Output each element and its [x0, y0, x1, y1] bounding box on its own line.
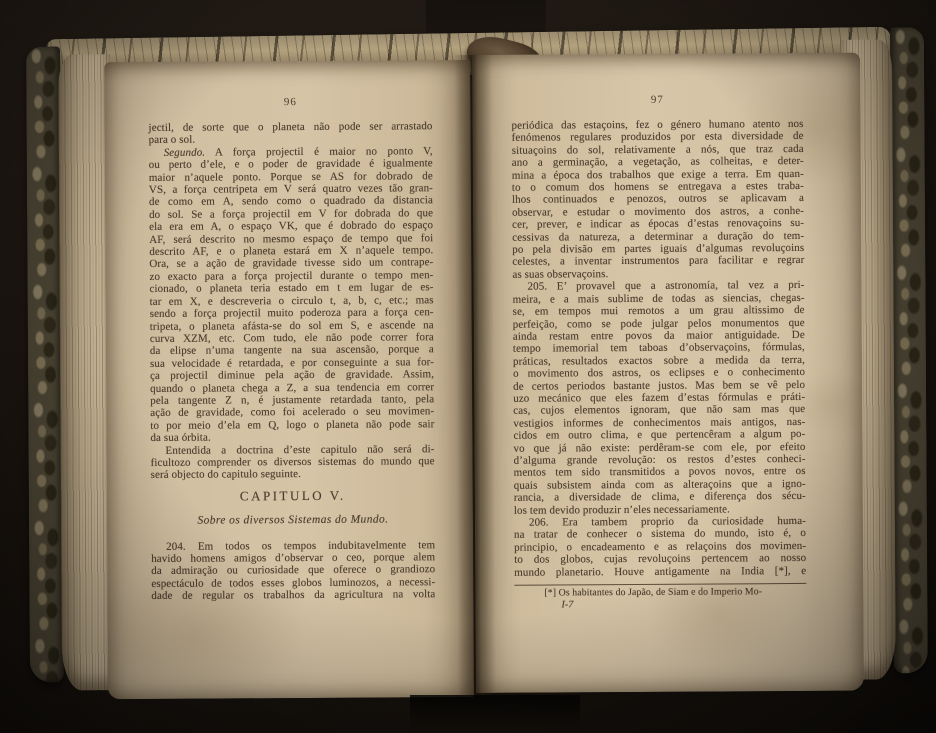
text-line: será objecto do capitulo seguinte.: [151, 468, 435, 482]
text-line: jectil, de sorte que o planeta não pode …: [149, 120, 433, 134]
text-line: sendo a força projectil muito poderoza p…: [150, 306, 434, 320]
page-number-left: 96: [148, 95, 432, 109]
text-block-right: periódica das estaçoins, fez o género hu…: [511, 118, 806, 611]
text-line: o movimento dos astros, os eclipses e o …: [513, 366, 805, 380]
italic-lead-word: Segundo.: [164, 146, 206, 158]
marbled-fore-edge-right: [890, 27, 928, 673]
text-line: cidos em outro clima, e que pertencêram …: [513, 428, 805, 442]
text-block-left: jectil, de sorte que o planeta não pode …: [149, 120, 436, 602]
text-line: mundo planetario. Houve antigamente na I…: [514, 565, 806, 579]
footnote-line: I-7: [514, 598, 806, 611]
book-bottom-shadow: [410, 695, 580, 733]
text-line: dade de regular os trabalhos da agricult…: [151, 588, 435, 602]
book-photo: 96 97 jectil, de sorte que o planeta não…: [0, 0, 936, 733]
text-line: se, em tempos mui remotos a um grau alti…: [513, 304, 805, 318]
text-line: ficultozo comprender os diversos sistema…: [151, 455, 435, 469]
open-book: 96 97 jectil, de sorte que o planeta não…: [0, 0, 936, 733]
page-gutter: [454, 55, 496, 695]
text-line: rancia, a diversidade de clima, e difere…: [514, 490, 806, 504]
page-number-right: 97: [511, 93, 803, 107]
text-block-right-body: periódica das estaçoins, fez o género hu…: [511, 118, 806, 579]
text-line: celestes, a inventar instrumentos para f…: [512, 254, 804, 268]
chapter-subtitle: Sobre os diversos Sistemas do Mundo.: [151, 513, 435, 527]
footnote-block: [*] Os habitantes do Japão, de Siam e do…: [514, 586, 806, 611]
text-line: ou perto d’ele, e o poder de gravidade é…: [149, 157, 433, 171]
chapter-heading: CAPITULO V.: [151, 489, 435, 503]
text-line: to por meio d’ela em Q, logo o planeta n…: [150, 418, 434, 432]
text-line: ça projectil diminue pela ação de gravid…: [150, 368, 434, 382]
